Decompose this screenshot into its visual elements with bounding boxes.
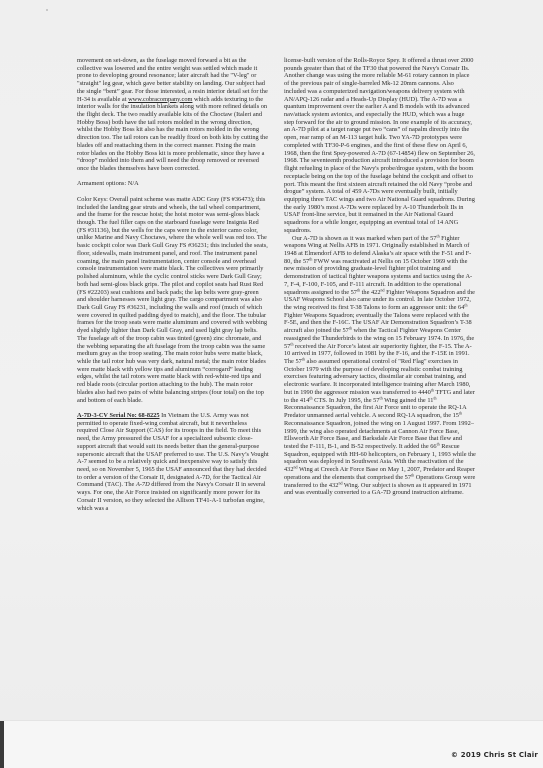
- paragraph-a7d-development: license-built version of the Rolls-Royce…: [284, 57, 476, 235]
- left-column: movement on set-down, as the fuselage mo…: [77, 57, 269, 512]
- scan-left-edge: [0, 721, 4, 768]
- copyright-watermark: © 2019 Chris St Clair: [451, 751, 538, 759]
- paragraph-57th-wing-history: Our A-7D is shown as it was marked when …: [284, 235, 476, 497]
- color-keys: Color Keys: Overall paint scheme was mat…: [77, 196, 269, 404]
- armament-options: Armament options: N/A: [77, 180, 269, 188]
- paragraph-a7d-intro: A-7D-3-CV Serial No: 68-8225 In Vietnam …: [77, 412, 269, 512]
- scanned-page: movement on set-down, as the fuselage mo…: [0, 0, 543, 720]
- scan-bottom-band: [0, 720, 543, 768]
- paragraph-h34-details: movement on set-down, as the fuselage mo…: [77, 57, 269, 173]
- cobracompany-link[interactable]: www.cobracompany.com: [128, 96, 192, 103]
- scan-speck: [46, 9, 48, 11]
- serial-heading: A-7D-3-CV Serial No: 68-8225: [77, 412, 160, 419]
- right-column: license-built version of the Rolls-Royce…: [284, 57, 476, 497]
